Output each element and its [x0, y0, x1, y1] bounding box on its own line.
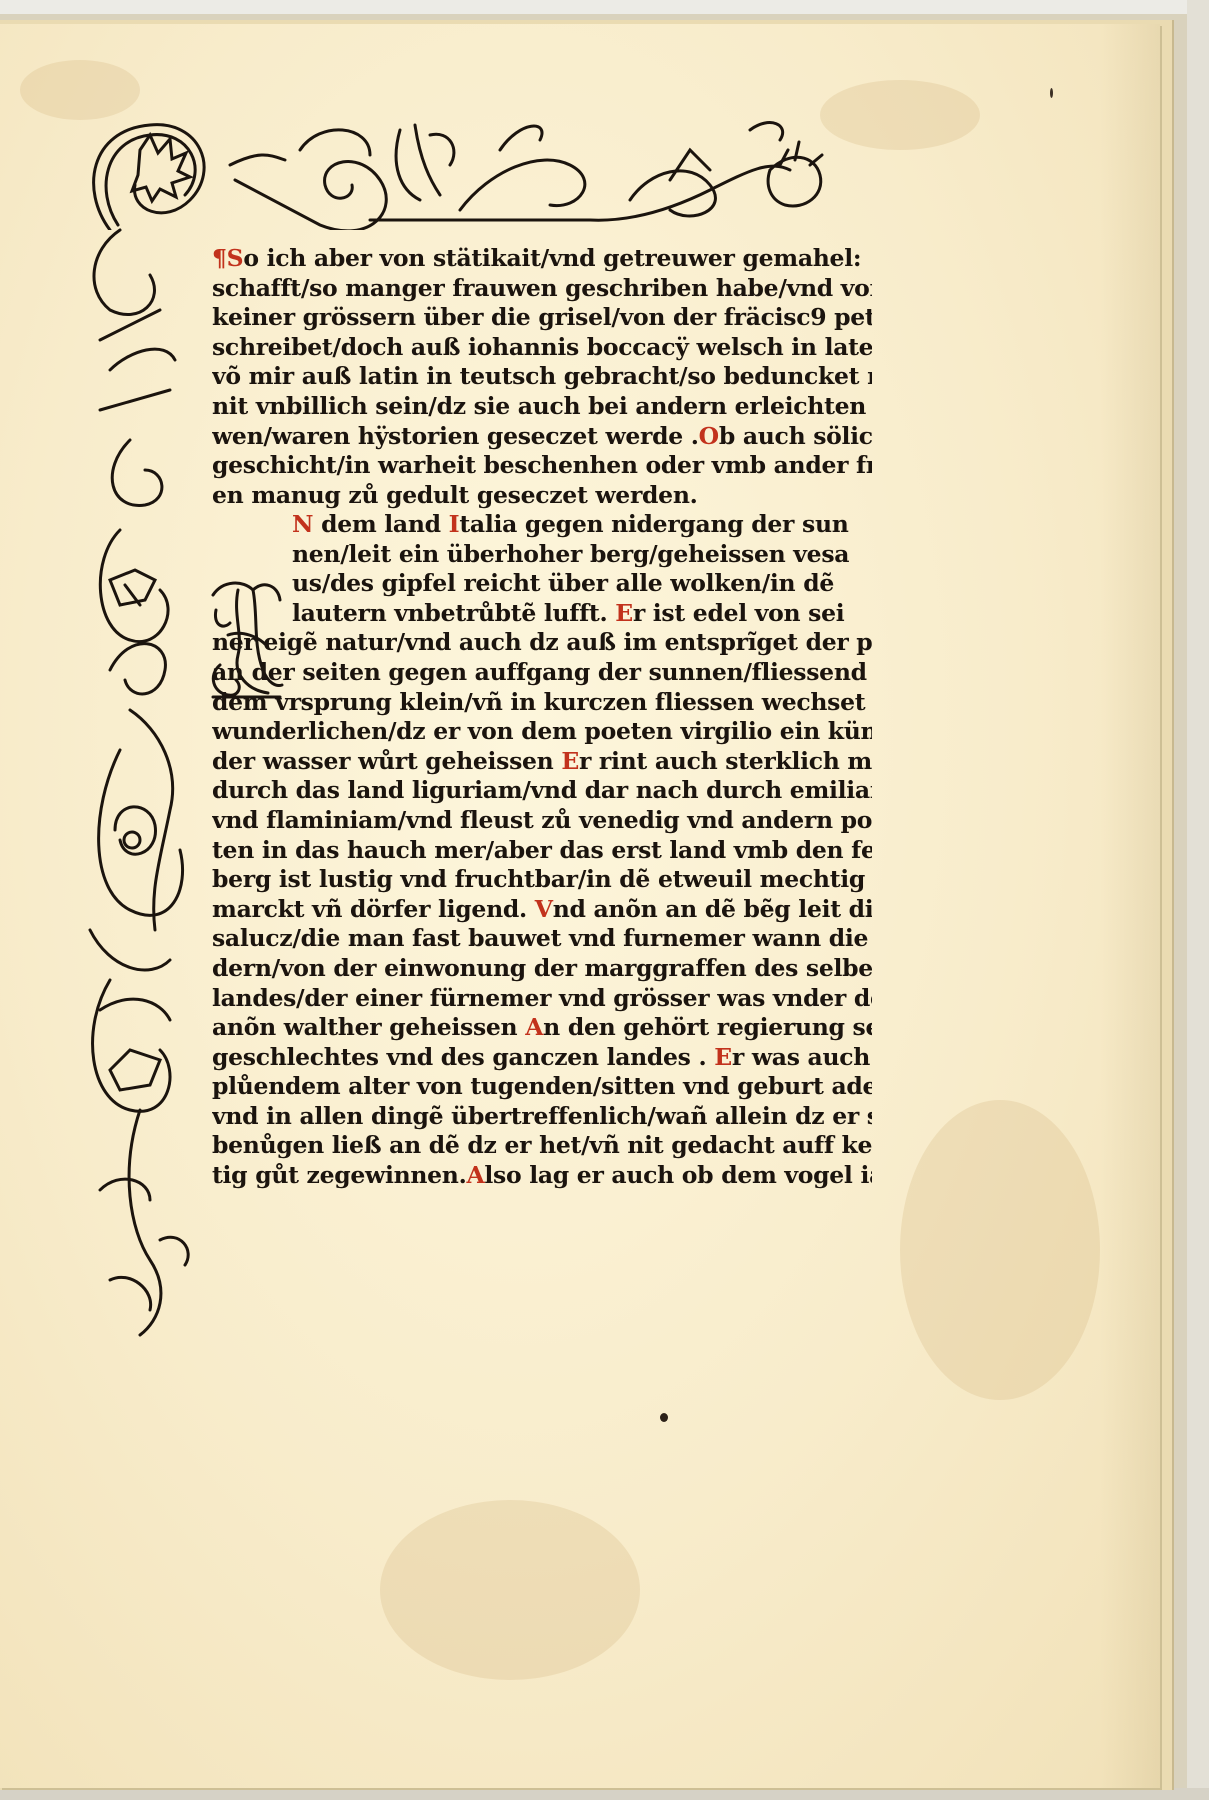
text-line: schreibet/doch auß iohannis boccacÿ wels… — [212, 333, 872, 363]
text-line: us/des gipfel reicht über alle wolken/in… — [212, 569, 872, 599]
text-line: berg ist lustig vnd fruchtbar/in dẽ etwe… — [212, 865, 872, 895]
text-line: tig gůt zegewinnen.Also lag er auch ob d… — [212, 1161, 872, 1191]
text-line: nit vnbillich sein/dz sie auch bei ander… — [212, 392, 872, 422]
scan-backdrop-top — [0, 0, 1209, 14]
paper-stain — [900, 1100, 1100, 1400]
text-line: schafft/so manger frauwen geschriben hab… — [212, 274, 872, 304]
text-line: dem vrsprung klein/vñ in kurczen fliesse… — [212, 688, 872, 718]
text-line: an der seiten gegen auffgang der sunnen/… — [212, 658, 872, 688]
text-line: lautern vnbetrůbtẽ lufft. Er ist edel vo… — [212, 599, 872, 629]
text-column: ¶So ich aber von stätikait/vnd getreuwer… — [212, 244, 872, 510]
text-line: plůendem alter von tugenden/sitten vnd g… — [212, 1072, 872, 1102]
text-line: salucz/die man fast bauwet vnd furnemer … — [212, 924, 872, 954]
text-line: geschicht/in warheit beschenhen oder vmb… — [212, 451, 872, 481]
text-line: durch das land liguriam/vnd dar nach dur… — [212, 776, 872, 806]
text-line: ten in das hauch mer/aber das erst land … — [212, 836, 872, 866]
text-line: vnd flaminiam/vnd fleust zů venedig vnd … — [212, 806, 872, 836]
paper-speck — [1050, 88, 1053, 98]
text-line: ¶So ich aber von stätikait/vnd getreuwer… — [212, 244, 872, 274]
rubric-letter: A — [525, 1013, 543, 1041]
text-line: landes/der einer fürnemer vnd grösser wa… — [212, 984, 872, 1014]
text-line: N dem land Italia gegen nidergang der su… — [212, 510, 872, 540]
page-edge-shading — [1100, 24, 1160, 1788]
text-line: anõn walther geheissen An den gehört reg… — [212, 1013, 872, 1043]
text-line: geschlechtes vnd des ganczen landes . Er… — [212, 1043, 872, 1073]
text-column-2: N dem land Italia gegen nidergang der su… — [212, 510, 872, 1191]
text-line: wunderlichen/dz er von dem poeten virgil… — [212, 717, 872, 747]
text-line: võ mir auß latin in teutsch gebracht/so … — [212, 362, 872, 392]
text-line: ner eigẽ natur/vnd auch dz auß im entspr… — [212, 628, 872, 658]
rubric-letter: ¶S — [212, 244, 243, 272]
rubric-letter: V — [535, 895, 553, 923]
text-line: vnd in allen dingẽ übertreffenlich/wañ a… — [212, 1102, 872, 1132]
scan-backdrop-right — [1187, 0, 1209, 1800]
text-line: marckt vñ dörfer ligend. Vnd anõn an dẽ … — [212, 895, 872, 925]
rubric-letter: I — [449, 510, 460, 538]
rubric-letter: E — [615, 599, 633, 627]
text-line: benůgen ließ an dẽ dz er het/vñ nit geda… — [212, 1131, 872, 1161]
rubric-letter: A — [466, 1161, 484, 1189]
rubric-letter: N — [292, 510, 313, 538]
text-line: nen/leit ein überhoher berg/geheissen ve… — [212, 540, 872, 570]
text-line: dern/von der einwonung der marggraffen d… — [212, 954, 872, 984]
text-line: keiner grössern über die grisel/von der … — [212, 303, 872, 333]
rubric-letter: O — [699, 422, 719, 450]
paper-stain — [380, 1500, 640, 1680]
text-line: wen/waren hÿstorien geseczet werde .Ob a… — [212, 422, 872, 452]
floral-border-left-icon — [70, 110, 200, 1340]
text-line: der wasser wůrt geheissen Er rint auch s… — [212, 747, 872, 777]
rubric-letter: E — [561, 747, 579, 775]
ink-dot — [660, 1413, 668, 1422]
rubric-letter: E — [714, 1043, 732, 1071]
text-line: en manug zů gedult geseczet werden. — [212, 481, 872, 511]
